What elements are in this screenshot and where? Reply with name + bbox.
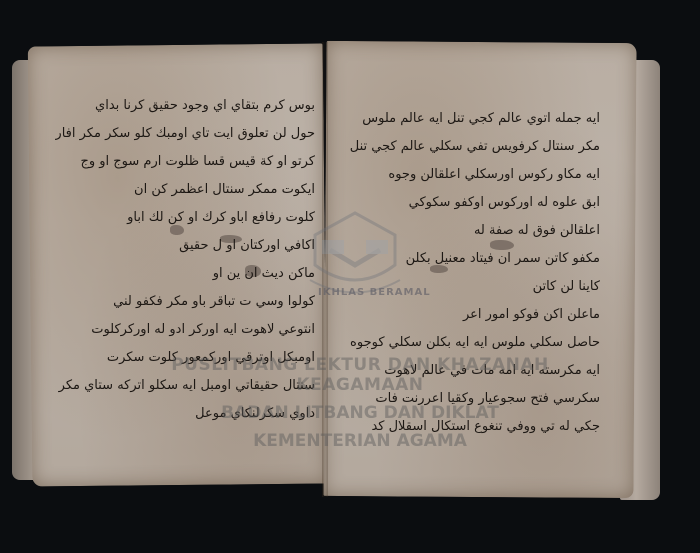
text-line: حول لن تعلوق ايت تاي اومبك كلو سكر مكر ا… (55, 120, 315, 148)
text-line: ايه جمله اتوي عالم كجي تنل ايه عالم ملوس (350, 105, 600, 133)
text-line: بوس كرم بتقاي اي وجود حقيق كرنا بداي (55, 92, 315, 120)
text-line: كلوت رفافع اباو كرك او كن لك اباو (55, 204, 315, 232)
text-line: ماعلن اكن فوكو امور اعر (350, 301, 600, 329)
watermark: PUSLITBANG LEKTUR DAN KHAZANAH KEAGAMAAN… (150, 355, 570, 451)
text-line: ايكوت ممكر سنتال اعظمر كن ان (55, 176, 315, 204)
text-line: مكر سنتال كرفويس تفي سكلي عالم كجي تنل ا… (350, 133, 600, 161)
watermark-line-1: PUSLITBANG LEKTUR DAN KHAZANAH KEAGAMAAN (150, 355, 570, 395)
manuscript-photo: بوس كرم بتقاي اي وجود حقيق كرنا بداي حول… (0, 0, 700, 553)
text-line: اكافي اوركتان او ل حقيق (55, 232, 315, 260)
watermark-line-3: KEMENTERIAN AGAMA (150, 431, 570, 451)
text-line: كولوا وسي ت تباقر باو مكر فكفو لني (55, 288, 315, 316)
text-line: ماكن ديث ان ين او (55, 260, 315, 288)
text-line: ايه مكاو ركوس اورسكلي اعلقالن وجوه (350, 161, 600, 189)
logo-motto: IKHLAS BERAMAL (318, 287, 431, 298)
text-line: حاصل سكلي ملوس ايه ايه بكلن سكلي كوجوه (350, 329, 600, 357)
text-line: انتوعي لاهوت ايه اوركر ادو له اوركركلوت (55, 316, 315, 344)
watermark-line-2: BADAN LITBANG DAN DIKLAT (150, 403, 570, 423)
text-line: كرتو او كة قيس قسا ظلوت ارم سوج او وج (55, 148, 315, 176)
